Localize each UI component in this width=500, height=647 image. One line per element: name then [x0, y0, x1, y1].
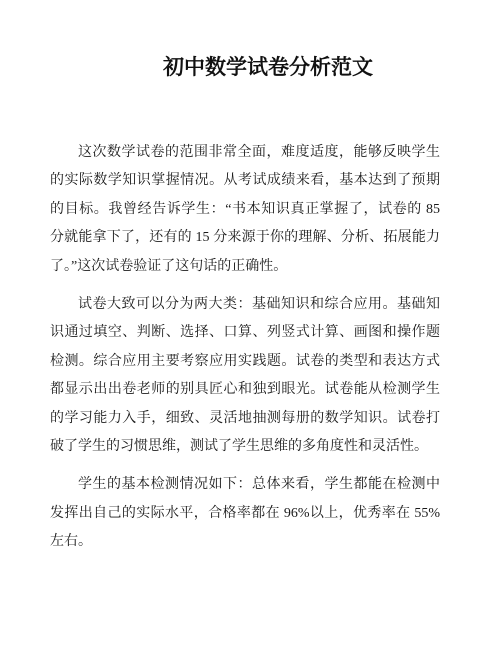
document-page: 初中数学试卷分析范文 这次数学试卷的范围非常全面，难度适度，能够反映学生的实际数…: [0, 0, 500, 647]
paragraph-overview: 这次数学试卷的范围非常全面，难度适度，能够反映学生的实际数学知识掌握情况。从考试…: [50, 139, 440, 281]
paragraph-student-results: 学生的基本检测情况如下：总体来看，学生都能在检测中发挥出自己的实际水平，合格率都…: [50, 471, 440, 556]
paragraph-test-structure: 试卷大致可以分为两大类：基础知识和综合应用。基础知识通过填空、判断、选择、口算、…: [50, 291, 440, 461]
document-title: 初中数学试卷分析范文: [50, 52, 440, 84]
